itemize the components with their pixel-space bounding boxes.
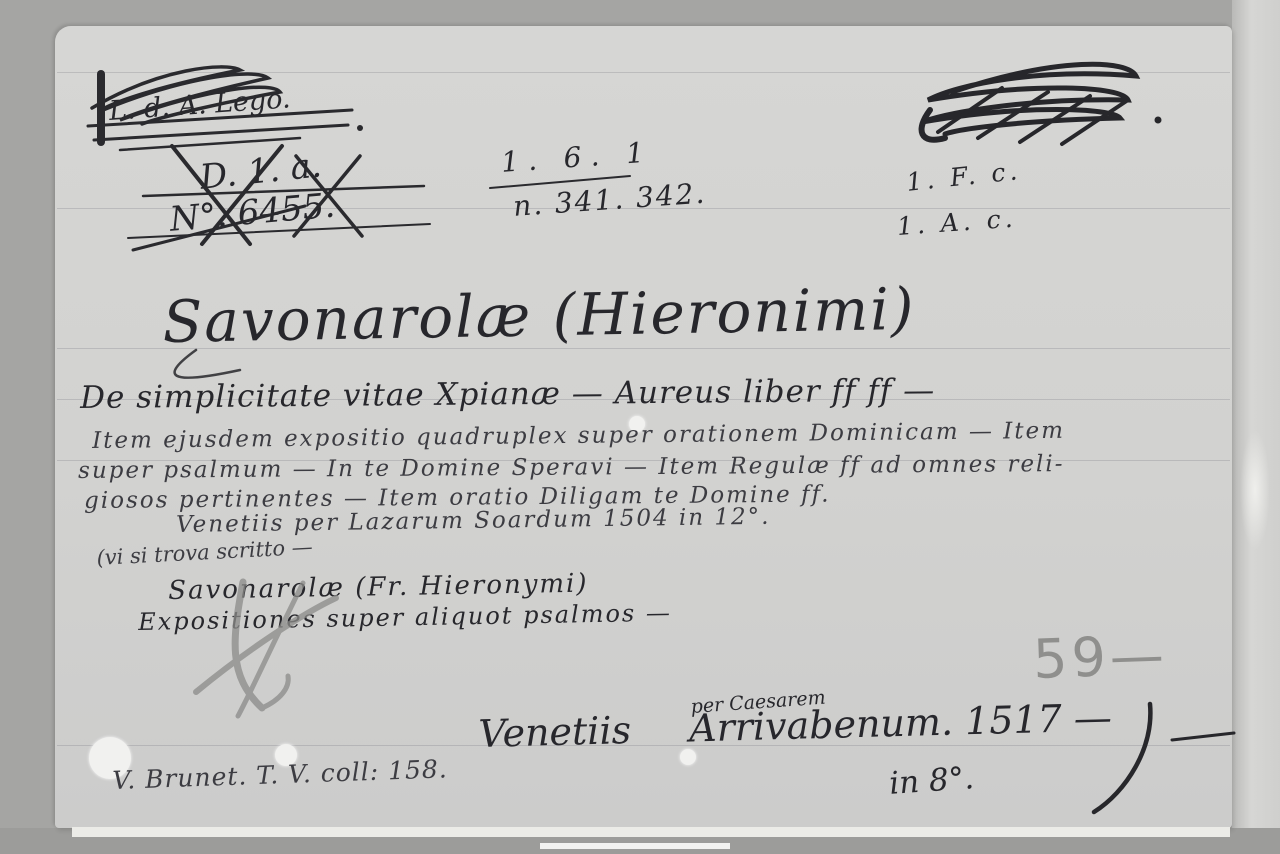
title-line-1: De simplicitate vitae Xpianæ — Aureus li…: [80, 373, 935, 416]
main-heading-author: Savonarolæ (Hieronimi): [162, 275, 916, 356]
scan-background-right-band: [1232, 0, 1280, 854]
card-bottom-edge-highlight: [72, 827, 1230, 837]
imprint-place: Venetiis: [478, 708, 632, 756]
pencil-number: 59—: [1032, 623, 1169, 691]
card-bottom-edge-sliver: [540, 843, 730, 849]
scanned-catalog-card-page: L. d. A. Lego. D. 1. a. N°. 6455. 1. 6. …: [0, 0, 1280, 854]
format-statement: in 8°.: [888, 760, 975, 802]
paper-flaw-spot: [680, 749, 696, 765]
ruled-line: [57, 72, 1230, 73]
